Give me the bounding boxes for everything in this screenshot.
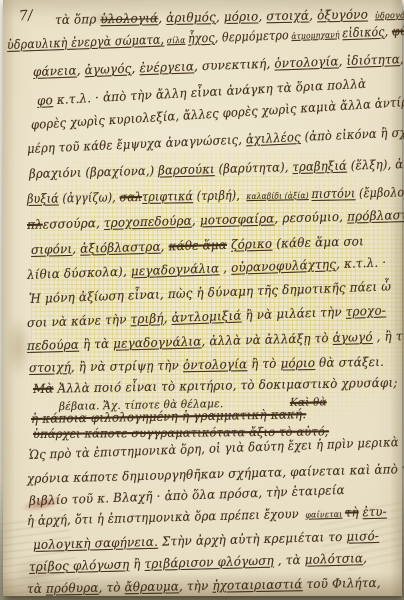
handwriting-segment: θὰ στάξει. xyxy=(315,354,384,370)
handwriting-segment: βιβλίο τοῦ κ. Βλαχῆ · ἀπὸ ὅλα πρόσα, τὴν… xyxy=(29,482,345,508)
handwriting-segment: ἢ τὰ xyxy=(79,336,114,352)
handwriting-segment: Στὴν ἀρχὴ αὐτὴ κρεμιέται το xyxy=(158,529,347,549)
handwriting-line: μολογικὴ σαφήνεια. Στὴν ἀρχὴ αὐτὴ κρεμιέ… xyxy=(33,528,379,552)
handwriting-segment: μόριο xyxy=(280,355,315,371)
handwriting-segment: σαλ xyxy=(119,189,142,204)
handwriting-segment: , xyxy=(219,260,231,275)
handwriting-segment: ὑδραυλικὴ ἐνεργὰ σώματα, xyxy=(7,32,165,52)
handwriting-segment: , κ.τ.λ. · xyxy=(336,254,387,271)
handwriting-segment: ἦχος xyxy=(188,30,215,46)
page-number: 7/ xyxy=(18,8,33,25)
handwriting-segment: τροχοπεδούρα xyxy=(104,213,192,230)
handwriting-segment: εἰδικός xyxy=(342,24,385,40)
handwriting-segment: ἀγωγός xyxy=(84,61,131,78)
handwriting-segment: τριβάρισον φλόγωση xyxy=(144,553,274,571)
handwriting-segment: μισό- xyxy=(346,528,379,544)
handwriting-segment: πεδούρα xyxy=(27,337,79,353)
handwriting-line: τρίβος φλόγωση ἢ τριβάρισον φλόγωση , τὰ… xyxy=(29,550,367,574)
handwriting-segment: τραβηξιά xyxy=(292,158,347,174)
handwriting-segment: (ἕλξη), ἀντλη- xyxy=(347,155,404,172)
handwriting-segment: ἀριθμός xyxy=(166,9,216,25)
handwriting-segment: , συνεκτική, xyxy=(194,56,275,74)
handwriting-segment: πιστόνι xyxy=(311,185,355,201)
handwriting-segment: (βαρύτητα), xyxy=(214,159,292,176)
handwriting-segment: ἰδιότητα xyxy=(346,51,400,68)
handwriting-segment: , τὴν xyxy=(179,578,213,594)
handwriting-segment: φύση xyxy=(392,23,404,39)
handwriting-segment: ὀντολογία xyxy=(183,356,248,372)
handwriting-segment: τὴ xyxy=(345,504,359,519)
handwriting-segment: ἀγωγό xyxy=(332,329,372,345)
handwriting-segment: στοιχή xyxy=(29,359,71,375)
handwriting-segment: στοιχά xyxy=(266,8,309,24)
handwriting-segment: ὀξυγόνο xyxy=(317,7,368,23)
handwriting-segment: (ἔμβολο), xyxy=(355,184,404,200)
handwriting-segment: ἄθραυμα xyxy=(124,578,179,594)
handwriting-segment: ὑδρογόνο xyxy=(375,11,404,22)
handwriting-segment: μόριο xyxy=(224,8,259,24)
handwriting-line: ἡ ἀρχή, ὅτι ἡ ἐπιστημονικὰ ὅρα πρέπει ἔχ… xyxy=(27,504,387,528)
handwriting-segment: , τὸ xyxy=(98,579,124,594)
handwriting-segment: ἀχιλλέος xyxy=(246,129,301,146)
handwriting-segment: (ἀγγίζω), xyxy=(59,189,120,205)
handwriting-segment: ὑλολογιά xyxy=(100,10,158,26)
handwriting-segment: , xyxy=(258,8,266,23)
handwriting-segment: τριφτικά xyxy=(142,188,193,204)
handwriting-segment: ἢ xyxy=(129,556,145,571)
manuscript-page: 7/ τὰ ὅπρ ὑλολογιά, ἀριθμός, μόριο, στοι… xyxy=(3,0,402,596)
handwriting-segment: μεγαδογνάλια xyxy=(113,333,202,350)
handwriting-segment: βυξιά xyxy=(27,190,59,206)
handwriting-segment: σίλα xyxy=(167,36,186,47)
handwriting-segment: μοτοσφαίρα xyxy=(200,211,275,228)
handwriting-segment: μεγαδογνάλια xyxy=(131,260,220,278)
handwriting-segment: φο xyxy=(37,92,54,108)
handwriting-segment: πλ xyxy=(27,217,43,232)
handwriting-segment: , xyxy=(309,7,317,22)
handwriting-segment: φάνεια xyxy=(33,62,77,79)
handwriting-segment: , θερμόμετρο xyxy=(214,27,289,45)
handwriting-segment: χρόνια κάποτε δημιουργηθῆκαν σχήματα, φα… xyxy=(27,461,404,486)
handwriting-segment: ἀντλομιξιά xyxy=(171,308,241,325)
handwriting-segment xyxy=(368,6,372,21)
handwriting-segment: (τριβή), xyxy=(193,187,244,203)
handwriting-segment: μολογικὴ σαφήνεια. xyxy=(33,534,158,552)
handwriting-segment: βαρσούκι xyxy=(158,161,215,177)
handwriting-segment: κάθε ἅμα xyxy=(168,237,227,254)
handwriting-segment: τρίβος φλόγωση xyxy=(29,556,130,574)
handwriting-segment: τοῦ Φιλήτα, xyxy=(302,575,380,591)
handwriting-segment: , xyxy=(400,51,404,66)
handwriting-segment: ἀτμομηχανή xyxy=(291,30,340,42)
handwriting-segment: τριβή xyxy=(130,310,164,326)
handwriting-segment: καλαβίδι (ἀξία) xyxy=(246,191,309,202)
handwriting-segment: μολότσια xyxy=(304,550,363,567)
handwriting-segment: (ἀπὸ εἰκόνα ἢ σχῆμα) xyxy=(300,123,404,144)
handwriting-segment: , ἢ νὰ στρίψῃ τὴν xyxy=(71,357,183,374)
handwriting-segment: ἀξιόβλαστρα xyxy=(80,239,161,256)
handwriting-segment: σιφόνι xyxy=(31,241,73,257)
handwriting-segment: ἠχοταιριαστιά xyxy=(212,576,302,593)
handwriting-segment: πρόθυρα xyxy=(46,580,99,596)
handwriting-segment: τροχο- xyxy=(346,302,387,318)
handwriting-segment: ζόρικο xyxy=(231,236,273,252)
handwriting-line: βιβλίο τοῦ κ. Βλαχῆ · ἀπὸ ὅλα πρόσα, τὴν… xyxy=(29,482,345,508)
handwriting-segment: , ἢ τὴ xyxy=(372,328,404,344)
handwriting-segment: Μὰ xyxy=(33,381,54,396)
handwriting-segment: ἡ ἀρχή, ὅτι ἡ ἐπιστημονικὰ ὅρα πρέπει ἔχ… xyxy=(27,506,303,528)
handwriting-segment: ἐτυ- xyxy=(362,504,387,520)
handwriting-segment: ὀντολογία xyxy=(274,53,339,70)
handwriting-line: φάνεια, ἀγωγός, ἐνέργεια, συνεκτική, ὀντ… xyxy=(33,49,404,79)
handwriting-segment: , ρεσούμιο, xyxy=(274,209,347,226)
handwriting-segment: , τὰ xyxy=(274,552,305,568)
handwriting-segment: (κάθε ἅμα σοι xyxy=(272,233,364,250)
handwriting-segment: ἐνέργεια xyxy=(139,58,194,75)
handwriting-line: χρόνια κάποτε δημιουργηθῆκαν σχήματα, φα… xyxy=(27,461,404,486)
handwriting-segment: ἢ τὸ xyxy=(247,356,281,372)
handwriting-segment: τὰ xyxy=(27,581,46,596)
handwriting-segment: , xyxy=(216,9,224,24)
handwriting-segment: φαίνεται xyxy=(305,510,342,521)
handwriting-segment: εσσούρα, xyxy=(43,215,105,232)
handwriting-line: τὰ ὅπρ ὑλολογιά, ἀριθμός, μόριο, στοιχά,… xyxy=(55,5,404,27)
handwriting-segment: , xyxy=(363,550,367,565)
handwriting-line: τὰ πρόθυρα, τὸ ἄθραυμα, τὴν ἠχοταιριαστι… xyxy=(27,575,381,596)
handwriting-segment: πρόβλαστρα xyxy=(347,207,404,224)
handwriting-segment: τὰ ὅπρ xyxy=(55,11,101,27)
